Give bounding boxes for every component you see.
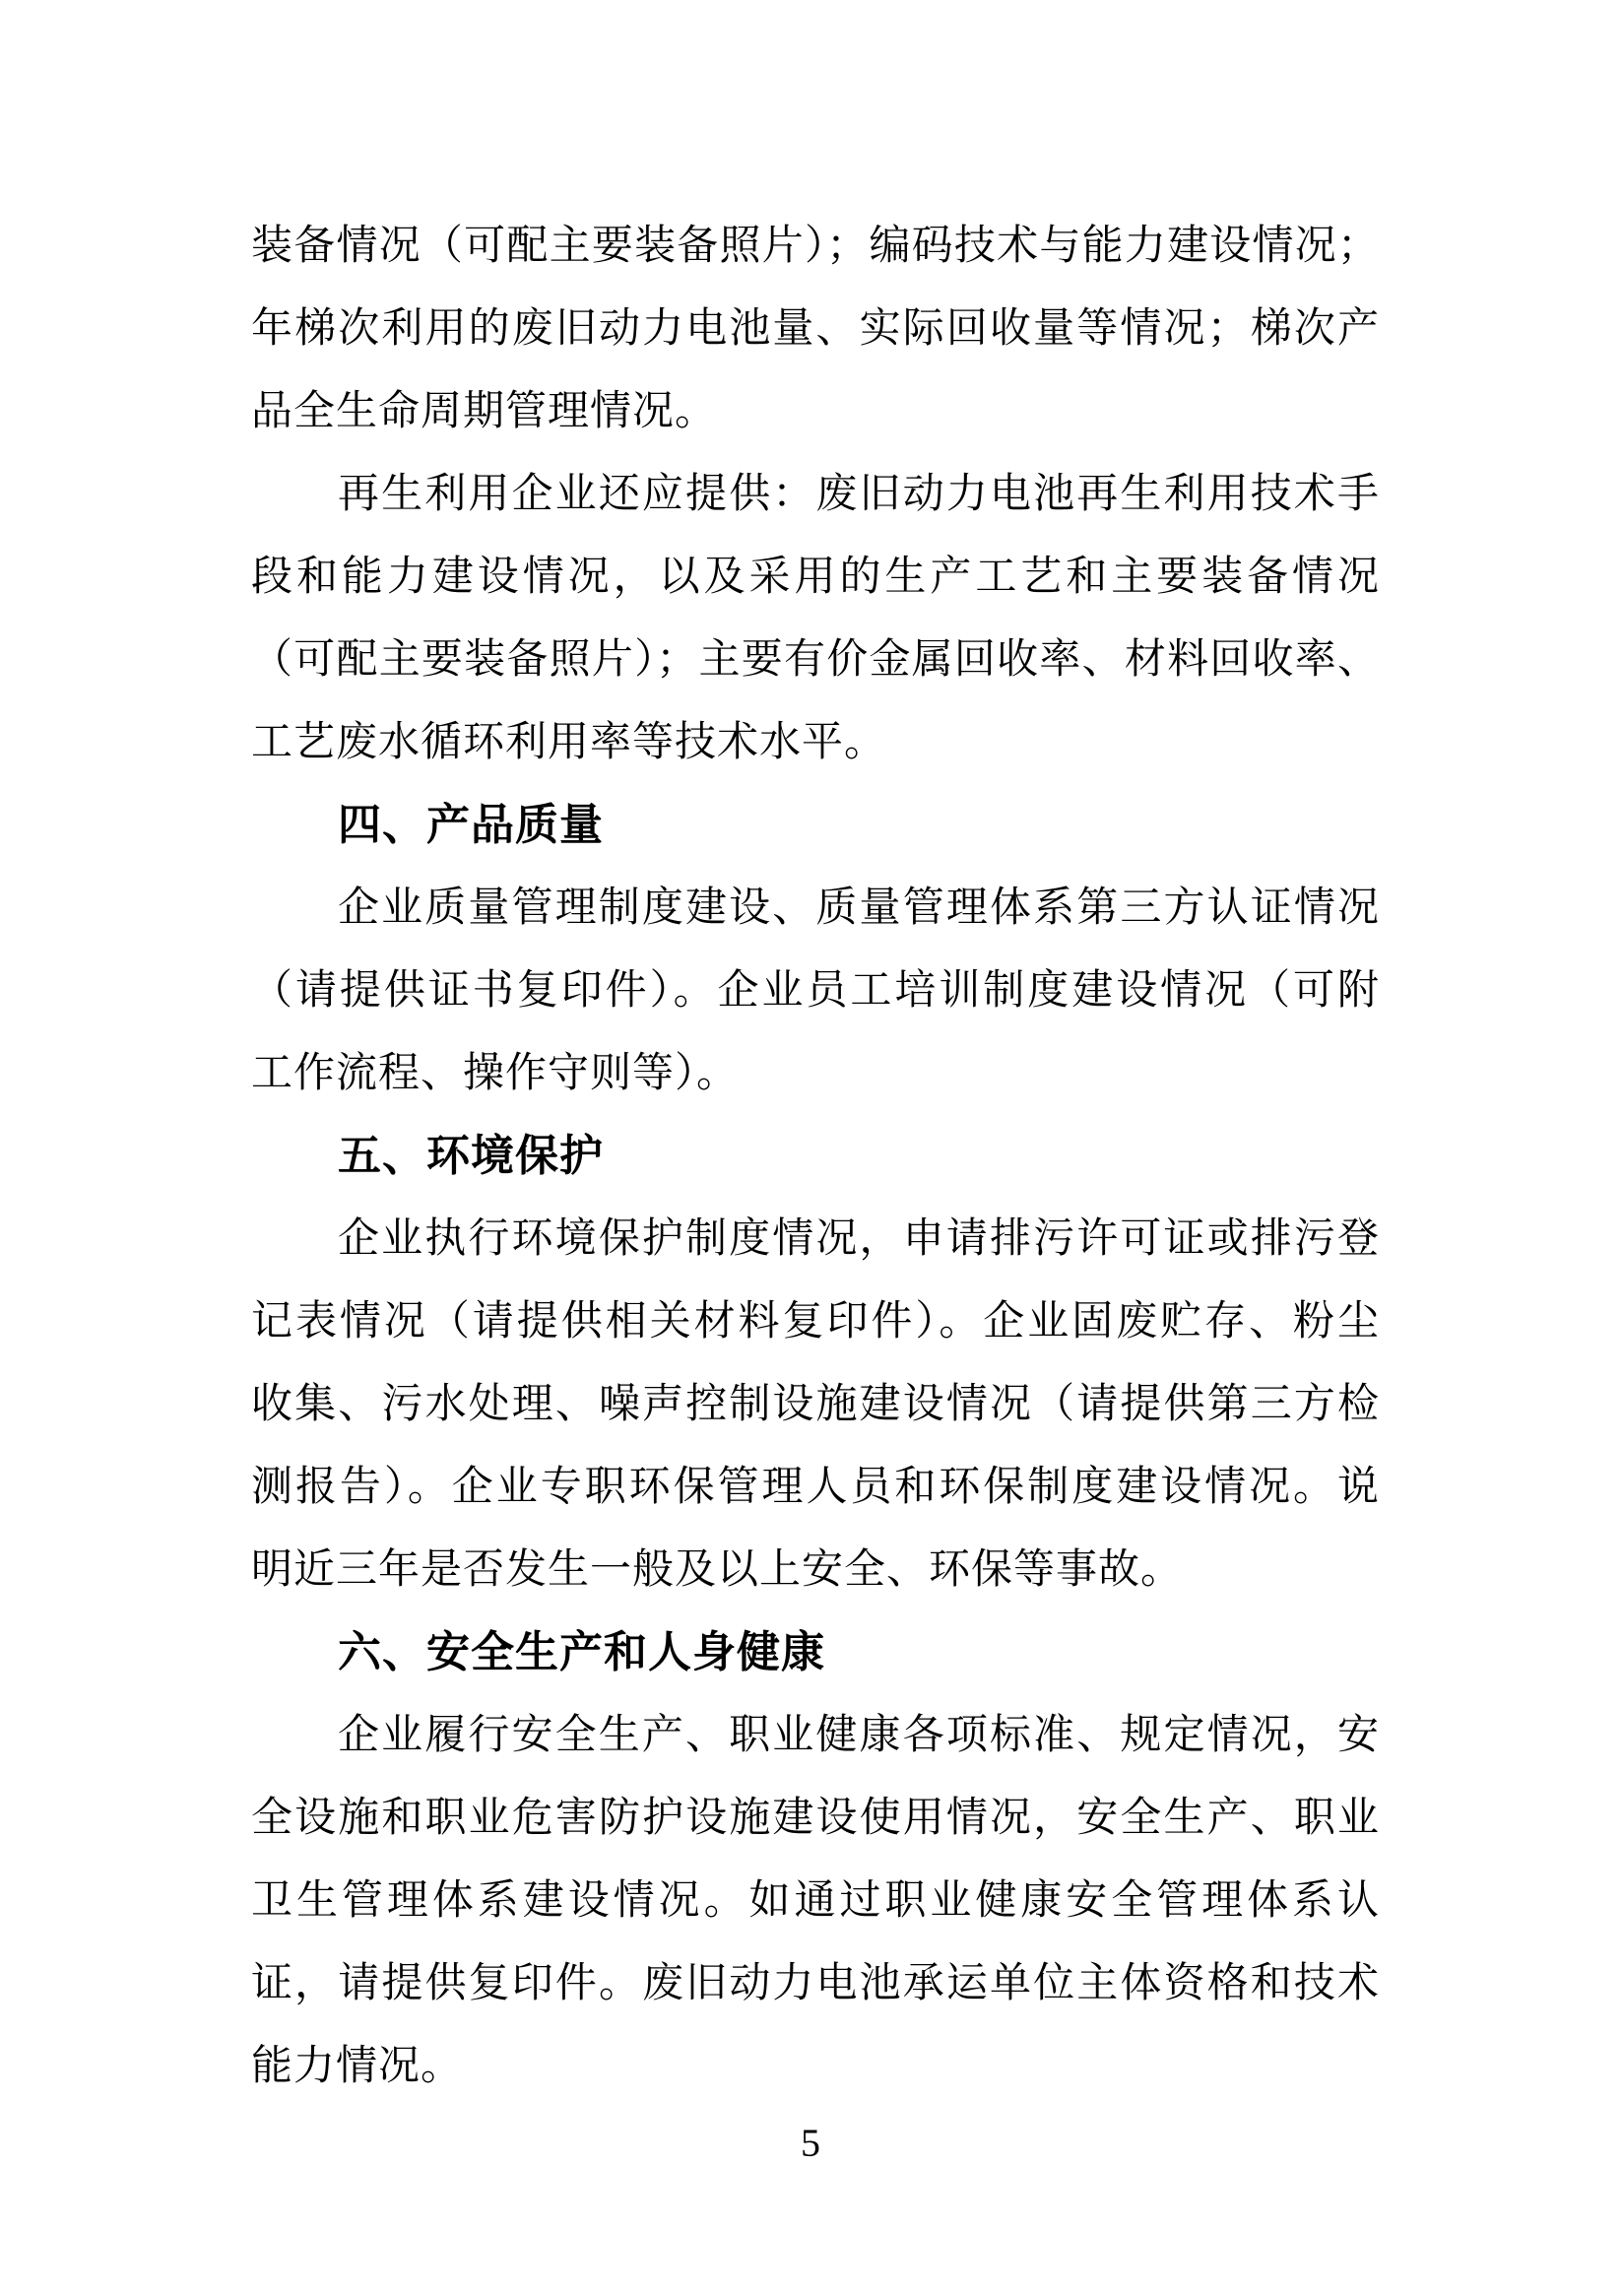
document-page: 装备情况（可配主要装备照片）；编码技术与能力建设情况；年梯次利用的废旧动力电池量…: [0, 0, 1621, 2296]
section-heading: 四、产品质量: [251, 784, 1380, 867]
section-heading: 六、安全生产和人身健康: [251, 1611, 1380, 1694]
text-line: 企业执行环境保护制度情况，申请排污许可证或排污登: [251, 1198, 1380, 1280]
text-line: 企业履行安全生产、职业健康各项标准、规定情况，安: [251, 1694, 1380, 1777]
text-line: 卫生管理体系建设情况。如通过职业健康安全管理体系认: [251, 1860, 1380, 1942]
text-line: 收集、污水处理、噪声控制设施建设情况（请提供第三方检: [251, 1363, 1380, 1446]
text-line: 记表情况（请提供相关材料复印件）。企业固废贮存、粉尘: [251, 1280, 1380, 1363]
text-line: 段和能力建设情况，以及采用的生产工艺和主要装备情况: [251, 536, 1380, 619]
text-line: 明近三年是否发生一般及以上安全、环保等事故。: [251, 1529, 1380, 1611]
text-line: 全设施和职业危害防护设施建设使用情况，安全生产、职业: [251, 1777, 1380, 1860]
text-line: 品全生命周期管理情况。: [251, 370, 1380, 453]
text-line: 工艺废水循环利用率等技术水平。: [251, 701, 1380, 784]
text-line: 年梯次利用的废旧动力电池量、实际回收量等情况；梯次产: [251, 288, 1380, 370]
page-number: 5: [0, 2114, 1621, 2173]
section-heading: 五、环境保护: [251, 1115, 1380, 1198]
text-line: 工作流程、操作守则等）。: [251, 1032, 1380, 1115]
document-content: 装备情况（可配主要装备照片）；编码技术与能力建设情况；年梯次利用的废旧动力电池量…: [251, 205, 1380, 2108]
text-line: （可配主要装备照片）；主要有价金属回收率、材料回收率、: [251, 619, 1380, 701]
text-line: （请提供证书复印件）。企业员工培训制度建设情况（可附: [251, 950, 1380, 1032]
text-line: 测报告）。企业专职环保管理人员和环保制度建设情况。说: [251, 1446, 1380, 1529]
text-line: 企业质量管理制度建设、质量管理体系第三方认证情况: [251, 867, 1380, 950]
text-line: 再生利用企业还应提供：废旧动力电池再生利用技术手: [251, 453, 1380, 536]
text-line: 能力情况。: [251, 2025, 1380, 2108]
text-line: 证，请提供复印件。废旧动力电池承运单位主体资格和技术: [251, 1942, 1380, 2025]
text-line: 装备情况（可配主要装备照片）；编码技术与能力建设情况；: [251, 205, 1380, 288]
